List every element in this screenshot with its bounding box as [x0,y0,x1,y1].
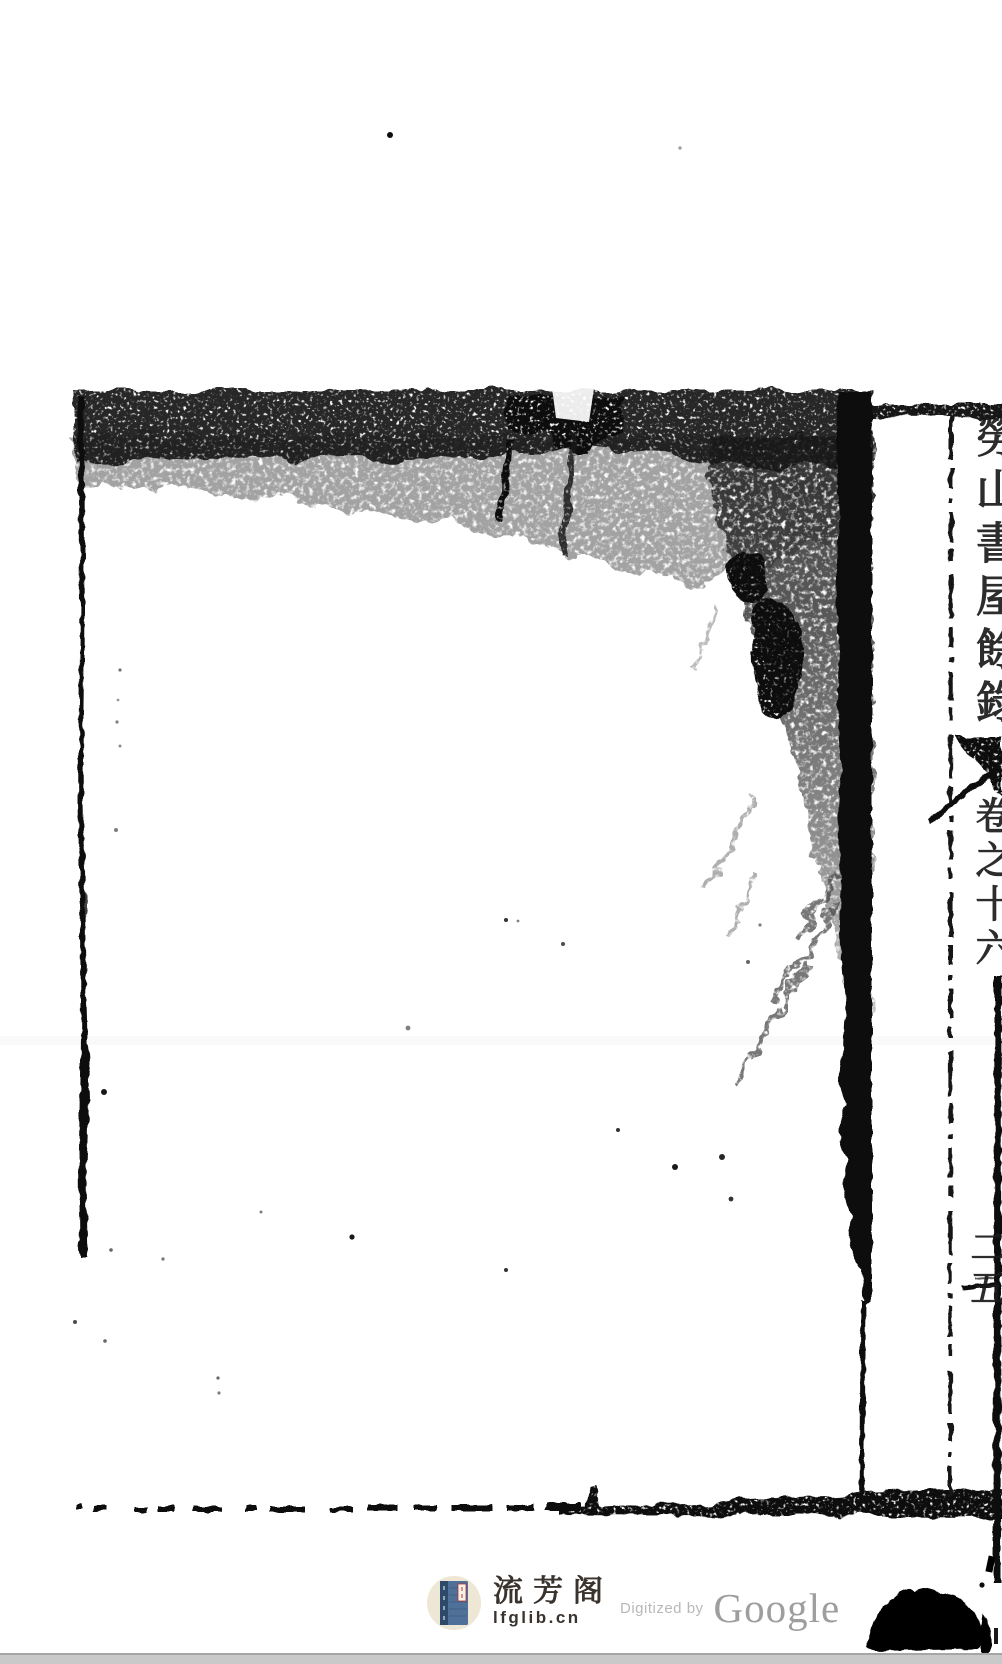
page-frame [77,392,1002,1582]
digitized-by-label: Digitized by [620,1600,704,1617]
thread-bound-book-icon [435,1580,473,1626]
page-frame-bottom-border [77,1503,580,1512]
lfglib-logo-badge [427,1576,481,1630]
google-wordmark: Google [714,1586,841,1630]
scanned-book-page: 勞山書屋餘錄 卷之十六 二五 [0,0,1002,1664]
watermark-site-url: lfglib.cn [493,1609,613,1627]
scanner-edge-strip [0,1653,1002,1664]
spine-chapter-vertical: 卷之十六 [963,796,1002,972]
ink-blot-bottom-right [867,1588,992,1659]
spine-title-vertical: 勞山書屋餘錄 [961,414,1002,732]
page-frame-right-border [836,392,872,1304]
page-frame-left-border [78,396,89,1258]
watermark-site-name: 流芳阁 [493,1576,613,1608]
scan-ink-artwork [0,0,1002,1664]
ink-smudge-wash [74,436,872,1084]
paper-notch [552,388,594,422]
digitized-by-google: Digitized by Google [620,1584,840,1632]
lfglib-watermark: 流芳阁 lfglib.cn [427,1576,613,1630]
spine-page-number: 二五 [961,1228,1002,1310]
